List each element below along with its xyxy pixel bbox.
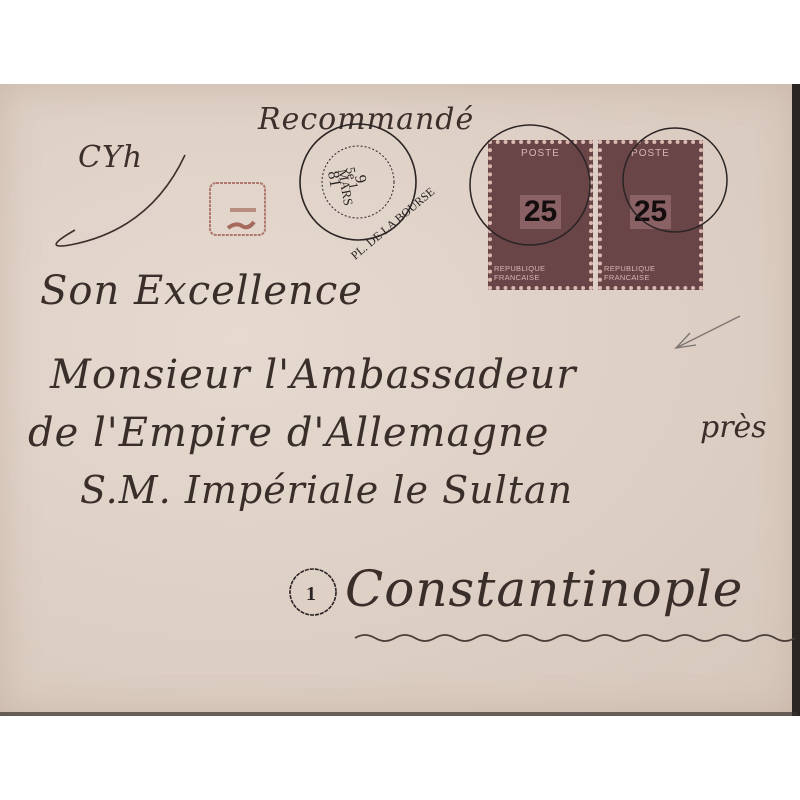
postmark-year: 81	[324, 170, 344, 189]
initials-swoosh	[56, 155, 185, 246]
envelope-markings: PL. DE LA BOURSE 5e 1 9 MARS 81 1	[0, 0, 800, 800]
postmark-day: 9	[351, 174, 369, 185]
wavy-underline	[355, 635, 795, 641]
circled-number: 1	[306, 583, 316, 605]
circled-number-mark: 1	[290, 569, 336, 615]
postmark-bottom-text: PL. DE LA BOURSE	[348, 184, 437, 262]
pencil-arrow	[676, 316, 740, 348]
cancel-postmark-2	[623, 128, 727, 232]
postmark-circle: PL. DE LA BOURSE 5e 1 9 MARS 81	[300, 124, 437, 262]
cancel-postmark-1	[470, 125, 590, 245]
registration-box	[210, 183, 265, 235]
